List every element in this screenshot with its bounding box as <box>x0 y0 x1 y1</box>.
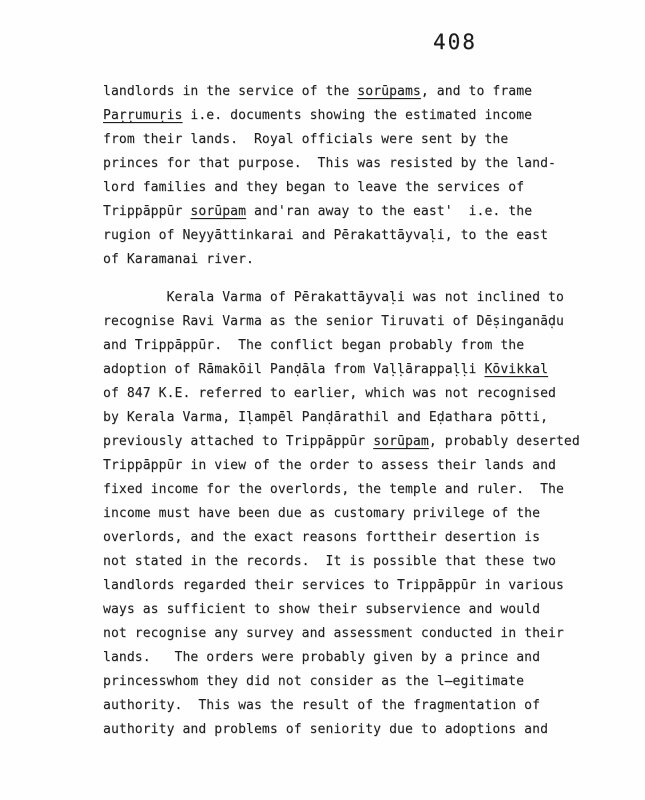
text-line: from their lands. Royal officials were s… <box>103 128 603 152</box>
text-line: of Karamanai river. <box>103 248 603 272</box>
text-line: recognise Ravi Varma as the senior Tiruv… <box>103 310 603 334</box>
text-line: not recognise any survey and assessment … <box>103 622 603 646</box>
text-line: Trippāppūr in view of the order to asses… <box>103 454 603 478</box>
text-line: princes for that purpose. This was resis… <box>103 152 603 176</box>
text-line: Trippāppūr sorūpam and'ran away to the e… <box>103 200 603 224</box>
page-text-block: landlords in the service of the sorūpams… <box>103 80 603 742</box>
text-line: ways as sufficient to show their subserv… <box>103 598 603 622</box>
text-line: previously attached to Trippāppūr sorūpa… <box>103 430 603 454</box>
text-line: overlords, and the exact reasons fortthe… <box>103 526 603 550</box>
text-line: fixed income for the overlords, the temp… <box>103 478 603 502</box>
text-line: of 847 K.E. referred to earlier, which w… <box>103 382 603 406</box>
text-line: income must have been due as customary p… <box>103 502 603 526</box>
text-line: Kerala Varma of Pērakattāyvaḷi was not i… <box>103 286 603 310</box>
text-line: rugion of Neyyāttinkarai and Pērakattāyv… <box>103 224 603 248</box>
text-line: lands. The orders were probably given by… <box>103 646 603 670</box>
paragraph: landlords in the service of the sorūpams… <box>103 80 603 272</box>
text-line: lord families and they began to leave th… <box>103 176 603 200</box>
paragraph: Kerala Varma of Pērakattāyvaḷi was not i… <box>103 286 603 742</box>
text-line: Paṛṛumuṛis i.e. documents showing the es… <box>103 104 603 128</box>
scanned-document-page: 408 landlords in the service of the sorū… <box>0 0 645 800</box>
text-line: landlords regarded their services to Tri… <box>103 574 603 598</box>
text-line: not stated in the records. It is possibl… <box>103 550 603 574</box>
text-line: by Kerala Varma, Iḷampēl Panḍārathil and… <box>103 406 603 430</box>
text-line: landlords in the service of the sorūpams… <box>103 80 603 104</box>
text-line: princesswhom they did not consider as th… <box>103 670 603 694</box>
text-line: and Trippāppūr. The conflict began proba… <box>103 334 603 358</box>
text-line: authority. This was the result of the fr… <box>103 694 603 718</box>
page-number: 408 <box>433 30 477 54</box>
text-line: adoption of Rāmakōil Panḍāla from Vaḷḷār… <box>103 358 603 382</box>
text-line: authority and problems of seniority due … <box>103 718 603 742</box>
